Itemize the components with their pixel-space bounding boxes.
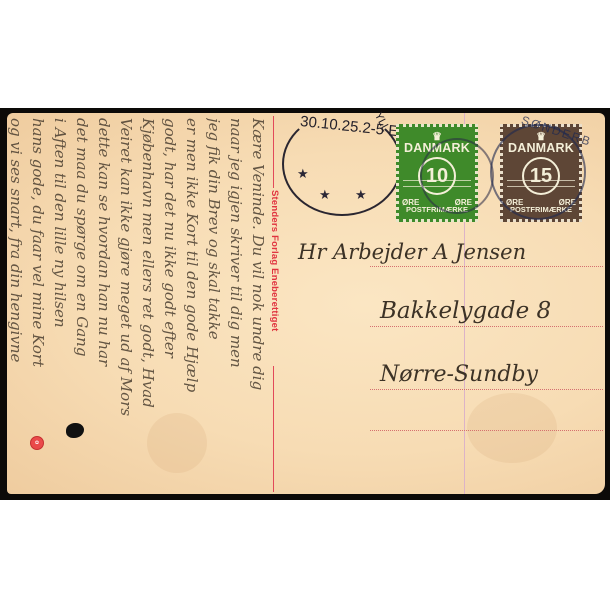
- star-icon: ★: [297, 167, 309, 182]
- message-line: godt, har det nu ikke godt efter: [157, 118, 179, 488]
- star-icon: ★: [319, 188, 331, 203]
- address-rule: [370, 266, 603, 267]
- message-line: Kjøbenhavn men ellers ret godt, Hvad: [135, 118, 157, 488]
- address-line-1: Hr Arbejder A Jensen: [298, 240, 526, 264]
- message-line: naar jeg igjen skriver til dig men: [223, 118, 245, 488]
- message-line: Kære Veninde. Du vil nok undre dig: [245, 118, 267, 488]
- address-line-3: Nørre-Sundby: [380, 362, 538, 387]
- address-line-2: Bakkelygade 8: [380, 298, 551, 324]
- age-stain: [467, 393, 557, 463]
- message-line: dette kan se hvordan han nu har: [91, 118, 113, 488]
- message-line: og vi ses snart, fra din hengivne: [3, 118, 25, 488]
- divider-line-bottom: [273, 366, 274, 492]
- address-rule: [370, 326, 603, 327]
- divider-line-top: [273, 116, 274, 188]
- message-line: er men ikke Kort til den gode Hjælp: [179, 118, 201, 488]
- handwritten-message: Kære Veninde. Du vil nok undre dig naar …: [12, 118, 267, 488]
- message-line: Veiret kan ikke gjøre meget ud af Mors: [113, 118, 135, 488]
- publisher-imprint: Stenders Forlag Eneberettiget: [266, 190, 280, 370]
- message-line: hans gode, du faar vel mine Kort: [25, 118, 47, 488]
- red-seal-icon: ✿: [30, 436, 44, 450]
- star-icon: ★: [355, 188, 367, 203]
- address-rule: [370, 430, 603, 431]
- address-rule: [370, 389, 603, 390]
- message-line: jeg fik din Brev og skal takke: [201, 118, 223, 488]
- cancellation-mark: [420, 138, 494, 214]
